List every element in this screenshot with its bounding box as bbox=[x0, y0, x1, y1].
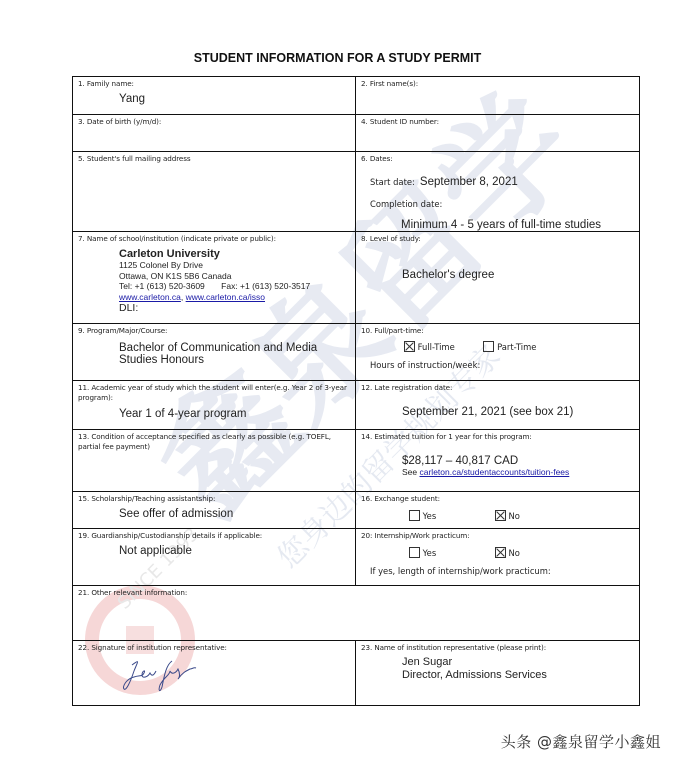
checkbox-full-time[interactable] bbox=[404, 341, 415, 352]
label-student-id: 4. Student ID number: bbox=[361, 117, 635, 127]
label-internship-yes: Yes bbox=[423, 548, 437, 558]
value-rep-name: Jen Sugar bbox=[402, 656, 635, 669]
school-isso-link[interactable]: www.carleton.ca/isso bbox=[186, 292, 265, 302]
label-school: 7. Name of school/institution (indicate … bbox=[78, 234, 351, 244]
tuition-fees-link[interactable]: carleton.ca/studentaccounts/tuition-fees bbox=[420, 467, 570, 477]
label-scholarship: 15. Scholarship/Teaching assistantship: bbox=[78, 494, 351, 504]
checkbox-exchange-yes[interactable] bbox=[409, 510, 420, 521]
field-full-part-time: 10. Full/part-time: Full-Time Part-Time … bbox=[356, 324, 640, 381]
label-dob: 3. Date of birth (y/m/d): bbox=[78, 117, 351, 127]
field-level-of-study: 8. Level of study: Bachelor's degree bbox=[356, 232, 640, 324]
label-internship: 20: Internship/Work practicum: bbox=[361, 531, 635, 541]
school-website-link[interactable]: www.carleton.ca bbox=[119, 292, 181, 302]
school-name: Carleton University bbox=[119, 248, 351, 260]
checkbox-exchange-no[interactable] bbox=[495, 510, 506, 521]
field-dates: 6. Dates: Start date: September 8, 2021 … bbox=[356, 152, 640, 232]
signature-image bbox=[120, 657, 200, 695]
value-scholarship: See offer of admission bbox=[119, 508, 351, 520]
label-full-time: Full-Time bbox=[418, 342, 455, 352]
label-family-name: 1. Family name: bbox=[78, 79, 351, 89]
field-school: 7. Name of school/institution (indicate … bbox=[73, 232, 356, 324]
field-family-name: 1. Family name: Yang bbox=[73, 77, 356, 115]
link-separator: , bbox=[181, 292, 183, 302]
label-internship-no: No bbox=[509, 548, 520, 558]
field-late-registration: 12. Late registration date: September 21… bbox=[356, 381, 640, 430]
field-program: 9. Program/Major/Course: Bachelor of Com… bbox=[73, 324, 356, 381]
value-rep-title: Director, Admissions Services bbox=[402, 669, 635, 682]
checkbox-internship-yes[interactable] bbox=[409, 547, 420, 558]
value-start-date: September 8, 2021 bbox=[420, 176, 518, 188]
study-permit-form: 1. Family name: Yang 2. First name(s): 3… bbox=[72, 76, 640, 706]
tuition-see-label: See bbox=[402, 467, 417, 477]
label-program: 9. Program/Major/Course: bbox=[78, 326, 351, 336]
label-start-date: Start date: bbox=[370, 177, 415, 187]
value-program-line1: Bachelor of Communication and Media bbox=[119, 342, 351, 354]
school-fax: Fax: +1 (613) 520-3517 bbox=[221, 281, 310, 291]
value-family-name: Yang bbox=[119, 93, 351, 105]
field-academic-year: 11. Academic year of study which the stu… bbox=[73, 381, 356, 430]
value-guardianship: Not applicable bbox=[119, 545, 351, 557]
school-dli: DLI: bbox=[119, 302, 351, 314]
value-completion-date: Minimum 4 - 5 years of full-time studies bbox=[401, 219, 635, 231]
label-tuition: 14. Estimated tuition for 1 year for thi… bbox=[361, 432, 635, 442]
field-signature: 22. Signature of institution representat… bbox=[73, 641, 356, 706]
field-condition: 13. Condition of acceptance specified as… bbox=[73, 430, 356, 492]
label-late-registration: 12. Late registration date: bbox=[361, 383, 635, 393]
value-late-registration: September 21, 2021 (see box 21) bbox=[402, 406, 635, 418]
school-address-line2: Ottawa, ON K1S 5B6 Canada bbox=[119, 271, 351, 282]
value-academic-year: Year 1 of 4-year program bbox=[119, 408, 351, 420]
value-tuition: $28,117 – 40,817 CAD bbox=[402, 455, 635, 467]
label-guardianship: 19. Guardianship/Custodianship details i… bbox=[78, 531, 351, 541]
label-part-time: Part-Time bbox=[497, 342, 536, 352]
value-level-of-study: Bachelor's degree bbox=[402, 269, 635, 281]
label-exchange-student: 16. Exchange student: bbox=[361, 494, 635, 504]
field-tuition: 14. Estimated tuition for 1 year for thi… bbox=[356, 430, 640, 492]
school-tel: Tel: +1 (613) 520-3609 bbox=[119, 281, 205, 291]
document-title: STUDENT INFORMATION FOR A STUDY PERMIT bbox=[0, 51, 675, 65]
field-scholarship: 15. Scholarship/Teaching assistantship: … bbox=[73, 492, 356, 529]
footer-watermark: 头条 @鑫泉留学小鑫姐 bbox=[501, 731, 661, 752]
checkbox-part-time[interactable] bbox=[483, 341, 494, 352]
label-internship-length: If yes, length of internship/work practi… bbox=[370, 566, 635, 576]
value-program-line2: Studies Honours bbox=[119, 354, 351, 366]
label-condition: 13. Condition of acceptance specified as… bbox=[78, 432, 351, 452]
label-level-of-study: 8. Level of study: bbox=[361, 234, 635, 244]
label-exchange-no: No bbox=[509, 511, 520, 521]
school-address-line1: 1125 Colonel By Drive bbox=[119, 260, 351, 271]
label-full-part-time: 10. Full/part-time: bbox=[361, 326, 635, 336]
label-mailing-address: 5. Student's full mailing address bbox=[78, 154, 351, 164]
field-dob: 3. Date of birth (y/m/d): bbox=[73, 115, 356, 152]
field-rep-name: 23. Name of institution representative (… bbox=[356, 641, 640, 706]
field-guardianship: 19. Guardianship/Custodianship details i… bbox=[73, 529, 356, 586]
label-dates: 6. Dates: bbox=[361, 154, 635, 164]
field-student-id: 4. Student ID number: bbox=[356, 115, 640, 152]
label-exchange-yes: Yes bbox=[423, 511, 437, 521]
field-other-info: 21. Other relevant information: bbox=[73, 586, 640, 641]
label-other-info: 21. Other relevant information: bbox=[78, 588, 635, 598]
label-academic-year: 11. Academic year of study which the stu… bbox=[78, 383, 351, 403]
label-rep-name: 23. Name of institution representative (… bbox=[361, 643, 635, 653]
label-first-name: 2. First name(s): bbox=[361, 79, 635, 89]
field-mailing-address: 5. Student's full mailing address bbox=[73, 152, 356, 232]
label-completion-date: Completion date: bbox=[370, 199, 635, 209]
label-hours-per-week: Hours of instruction/week: bbox=[370, 360, 635, 370]
field-exchange-student: 16. Exchange student: Yes No bbox=[356, 492, 640, 529]
label-signature: 22. Signature of institution representat… bbox=[78, 643, 351, 653]
field-internship: 20: Internship/Work practicum: Yes No If… bbox=[356, 529, 640, 586]
checkbox-internship-no[interactable] bbox=[495, 547, 506, 558]
field-first-name: 2. First name(s): bbox=[356, 77, 640, 115]
